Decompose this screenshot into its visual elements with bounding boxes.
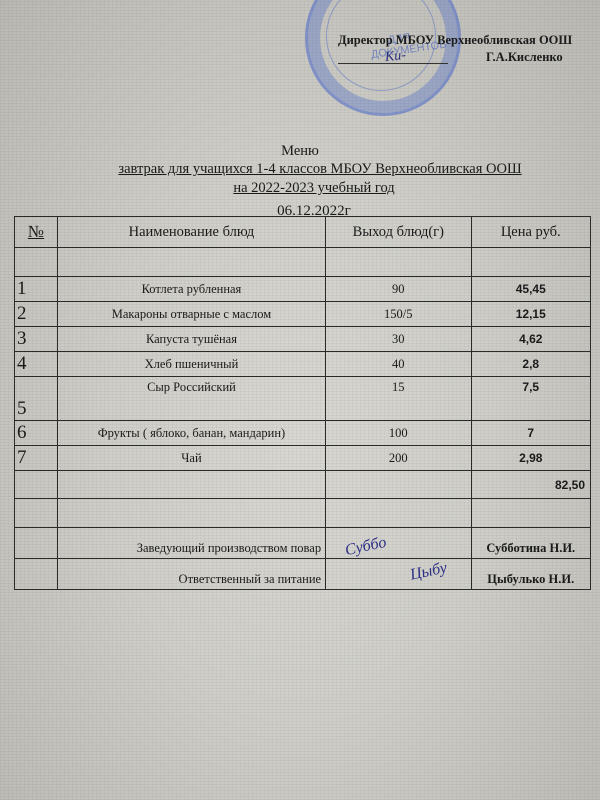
dish-output: 15 bbox=[326, 377, 471, 421]
director-title: Директор МБОУ Верхнеобливская ООШ bbox=[338, 33, 572, 48]
dish-output: 40 bbox=[326, 352, 471, 377]
table-row: 4 Хлеб пшеничный 40 2,8 bbox=[15, 352, 591, 377]
director-signature: Ки- bbox=[384, 48, 407, 66]
menu-table: № Наименование блюд Выход блюд(г) Цена р… bbox=[14, 216, 591, 590]
dish-output: 200 bbox=[326, 446, 471, 471]
dish-price: 2,98 bbox=[471, 446, 591, 471]
dish-price: 12,15 bbox=[471, 302, 591, 327]
signatory-name: Цыбулько Н.И. bbox=[471, 559, 591, 590]
signature-row: Заведующий производством повар Субботина… bbox=[15, 528, 591, 559]
column-header-number: № bbox=[15, 217, 58, 248]
row-number: 1 bbox=[15, 277, 58, 302]
signatory-role: Ответственный за питание bbox=[57, 559, 325, 590]
table-row-empty bbox=[15, 248, 591, 277]
document-page: ДЛЯ ДОКУМЕНТОВ Директор МБОУ Верхнеоблив… bbox=[0, 0, 600, 800]
dish-price: 7,5 bbox=[471, 377, 591, 421]
row-number: 4 bbox=[15, 352, 58, 377]
dish-price: 45,45 bbox=[471, 277, 591, 302]
table-row: 3 Капуста тушёная 30 4,62 bbox=[15, 327, 591, 352]
table-total-row: 82,50 bbox=[15, 471, 591, 499]
page-title: Меню bbox=[0, 143, 600, 160]
table-row: 7 Чай 200 2,98 bbox=[15, 446, 591, 471]
column-header-dish: Наименование блюд bbox=[57, 217, 325, 248]
table-row: 2 Макароны отварные с маслом 150/5 12,15 bbox=[15, 302, 591, 327]
approval-block: Директор МБОУ Верхнеобливская ООШ Г.А.Ки… bbox=[338, 33, 572, 48]
page-subtitle: завтрак для учащихся 1-4 классов МБОУ Ве… bbox=[70, 161, 570, 178]
dish-name: Чай bbox=[57, 446, 325, 471]
dish-output: 150/5 bbox=[326, 302, 471, 327]
row-number: 2 bbox=[15, 302, 58, 327]
dish-name: Макароны отварные с маслом bbox=[57, 302, 325, 327]
dish-name: Котлета рубленная bbox=[57, 277, 325, 302]
table-row: 5 Сыр Российский 15 7,5 bbox=[15, 377, 591, 421]
row-number: 7 bbox=[15, 446, 58, 471]
dish-name: Сыр Российский bbox=[57, 377, 325, 421]
dish-name: Фрукты ( яблоко, банан, мандарин) bbox=[57, 421, 325, 446]
row-number: 6 bbox=[15, 421, 58, 446]
table-header-row: № Наименование блюд Выход блюд(г) Цена р… bbox=[15, 217, 591, 248]
signatory-role: Заведующий производством повар bbox=[57, 528, 325, 559]
dish-output: 90 bbox=[326, 277, 471, 302]
dish-output: 30 bbox=[326, 327, 471, 352]
dish-price: 2,8 bbox=[471, 352, 591, 377]
dish-price: 4,62 bbox=[471, 327, 591, 352]
dish-name: Хлеб пшеничный bbox=[57, 352, 325, 377]
official-stamp: ДЛЯ ДОКУМЕНТОВ bbox=[305, 0, 461, 116]
column-header-price: Цена руб. bbox=[471, 217, 591, 248]
dish-output: 100 bbox=[326, 421, 471, 446]
school-year: на 2022-2023 учебный год bbox=[14, 180, 600, 197]
row-number: 3 bbox=[15, 327, 58, 352]
signatory-name: Субботина Н.И. bbox=[471, 528, 591, 559]
table-row: 1 Котлета рубленная 90 45,45 bbox=[15, 277, 591, 302]
column-header-output: Выход блюд(г) bbox=[326, 217, 471, 248]
total-price: 82,50 bbox=[471, 471, 591, 499]
table-row: 6 Фрукты ( яблоко, банан, мандарин) 100 … bbox=[15, 421, 591, 446]
director-name: Г.А.Кисленко bbox=[486, 50, 563, 65]
dish-price: 7 bbox=[471, 421, 591, 446]
row-number: 5 bbox=[15, 377, 58, 421]
table-row-empty bbox=[15, 499, 591, 528]
dish-name: Капуста тушёная bbox=[57, 327, 325, 352]
signature-row: Ответственный за питание Цыбулько Н.И. bbox=[15, 559, 591, 590]
